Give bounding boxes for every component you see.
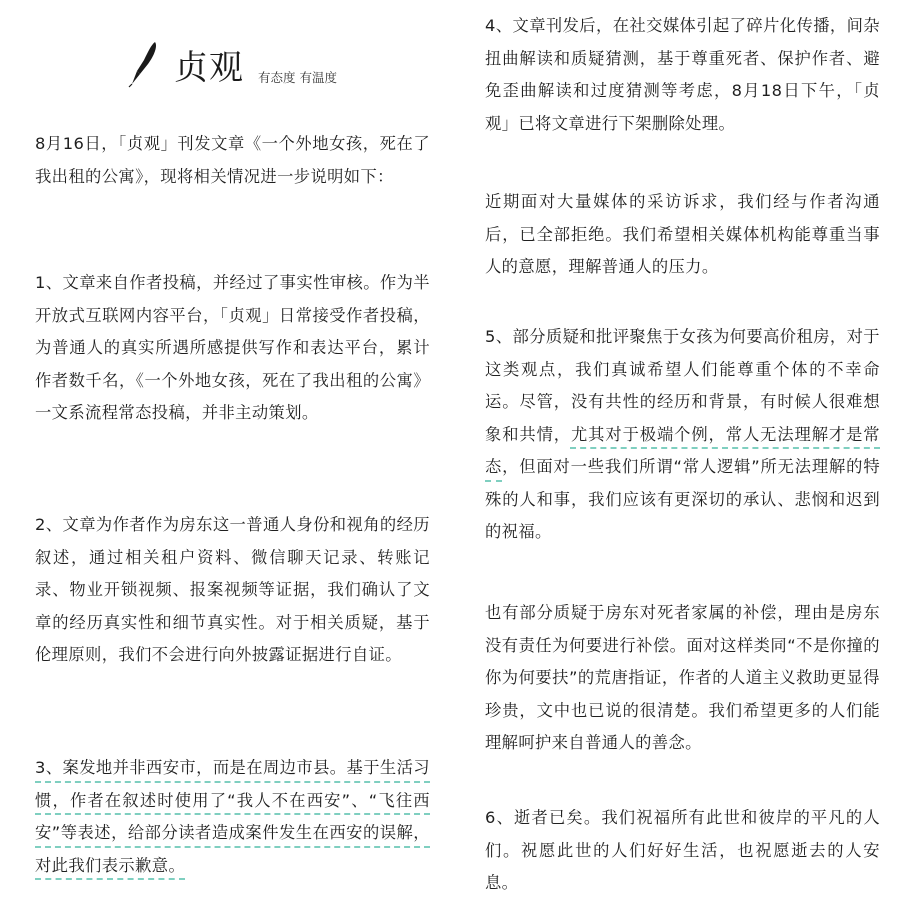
point-5-text-b: ，但面对一些我们所谓“常人逻辑”所无法理解的特殊的人和事，我们应该有更深切的承认… (485, 457, 880, 541)
statement-page: 贞观 有态度 有温度 8月16日，「贞观」刊发文章《一个外地女孩，死在了我出租的… (0, 0, 900, 900)
point-6-paragraph: 6、逝者已矣。我们祝福所有此世和彼岸的平凡的人们。祝愿此世的人们好好生活，也祝愿… (485, 802, 880, 900)
brand-logo: 贞观 有态度 有温度 (128, 28, 388, 88)
point-1-paragraph: 1、文章来自作者投稿，并经过了事实性审核。作为半开放式互联网内容平台，「贞观」日… (35, 267, 430, 430)
point-3-paragraph: 3、案发地并非西安市，而是在周边市县。基于生活习惯，作者在叙述时使用了“我人不在… (35, 752, 430, 882)
intro-paragraph: 8月16日，「贞观」刊发文章《一个外地女孩，死在了我出租的公寓》，现将相关情况进… (35, 128, 430, 193)
point-4-paragraph: 4、文章刊发后，在社交媒体引起了碎片化传播，间杂扭曲解读和质疑猜测，基于尊重死者… (485, 10, 880, 140)
point-5-paragraph: 5、部分质疑和批评聚焦于女孩为何要高价租房，对于这类观点，我们真诚希望人们能尊重… (485, 321, 880, 549)
pen-nib-icon (128, 40, 160, 88)
brand-slogan: 有态度 有温度 (258, 68, 337, 86)
compensation-paragraph: 也有部分质疑于房东对死者家属的补偿，理由是房东没有责任为何要进行补偿。面对这样类… (485, 597, 880, 760)
point-2-paragraph: 2、文章为作者作为房东这一普通人身份和视角的经历叙述，通过相关租户资料、微信聊天… (35, 509, 430, 672)
brand-name: 贞观 (174, 48, 244, 88)
media-paragraph: 近期面对大量媒体的采访诉求，我们经与作者沟通后，已全部拒绝。我们希望相关媒体机构… (485, 186, 880, 284)
